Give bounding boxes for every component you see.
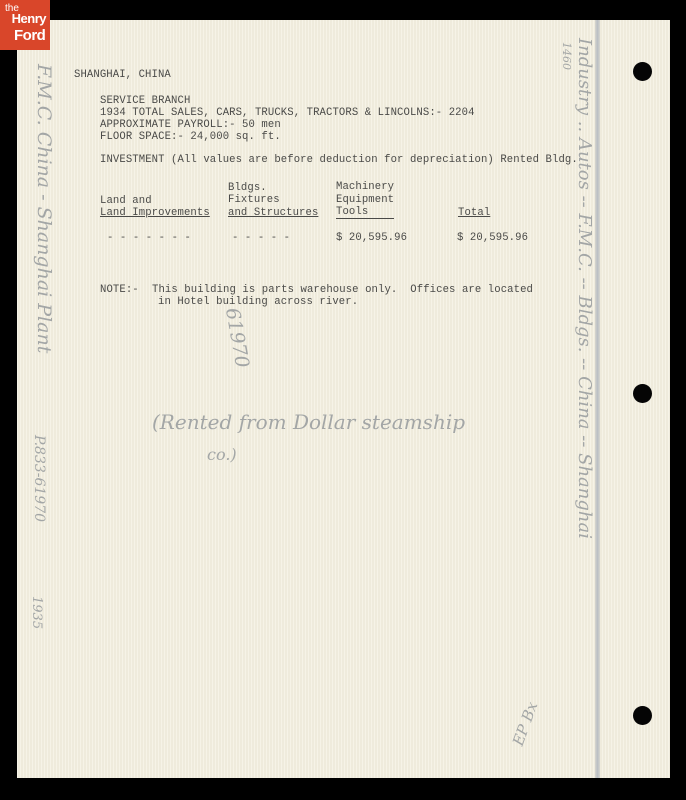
- handwritten-rented-note-2: co.): [207, 445, 237, 464]
- header-bldgs-line2: Fixtures: [228, 194, 280, 206]
- logo-ford: Ford: [14, 28, 45, 43]
- handwritten-left-year: 1935: [29, 596, 44, 629]
- payroll-line: APPROXIMATE PAYROLL:- 50 men: [100, 119, 281, 131]
- branch-type: SERVICE BRANCH: [100, 95, 190, 107]
- cell-land: - - - - - - -: [107, 232, 191, 244]
- header-land-line3: Land Improvements: [100, 207, 210, 219]
- note-label: NOTE:-: [100, 284, 139, 296]
- header-machinery-line3: Tools: [336, 206, 394, 219]
- logo-henry: Henry: [12, 12, 46, 25]
- handwritten-rented-note-1: (Rented from Dollar steamship: [152, 410, 465, 434]
- header-total: Total: [458, 207, 490, 219]
- handwritten-center-number: 61970: [221, 306, 253, 369]
- cell-bldgs: - - - - -: [232, 232, 290, 244]
- header-bldgs-line3: and Structures: [228, 207, 318, 219]
- note-line-1: This building is parts warehouse only. O…: [152, 284, 533, 296]
- note-line-2: in Hotel building across river.: [158, 296, 358, 308]
- cell-total: $ 20,595.96: [457, 232, 528, 244]
- handwritten-initials: EP Bx: [509, 699, 541, 748]
- header-land-line2: Land and: [100, 195, 152, 207]
- floor-space-line: FLOOR SPACE:- 24,000 sq. ft.: [100, 131, 281, 143]
- handwritten-left-code: P.833-61970: [31, 435, 47, 522]
- cell-machinery: $ 20,595.96: [336, 232, 407, 244]
- henry-ford-logo: the Henry Ford: [0, 0, 50, 50]
- margin-rule: [595, 20, 600, 778]
- header-machinery-line2: Equipment: [336, 194, 394, 206]
- document-page: SHANGHAI, CHINA SERVICE BRANCH 1934 TOTA…: [17, 20, 670, 778]
- handwritten-left-margin: F.M.C. China - Shanghai Plant: [33, 64, 55, 353]
- header-machinery-line1: Machinery: [336, 181, 394, 193]
- location-heading: SHANGHAI, CHINA: [74, 69, 171, 81]
- header-bldgs-line1: Bldgs.: [228, 182, 267, 194]
- punch-hole-middle: [633, 384, 652, 403]
- punch-hole-bottom: [633, 706, 652, 725]
- investment-line: INVESTMENT (All values are before deduct…: [100, 154, 578, 166]
- sales-line: 1934 TOTAL SALES, CARS, TRUCKS, TRACTORS…: [100, 107, 475, 119]
- handwritten-right-margin: Industry .. Autos -- F.M.C. -- Bldgs. --…: [574, 38, 595, 539]
- punch-hole-top: [633, 62, 652, 81]
- handwritten-right-number: 1460: [560, 42, 573, 70]
